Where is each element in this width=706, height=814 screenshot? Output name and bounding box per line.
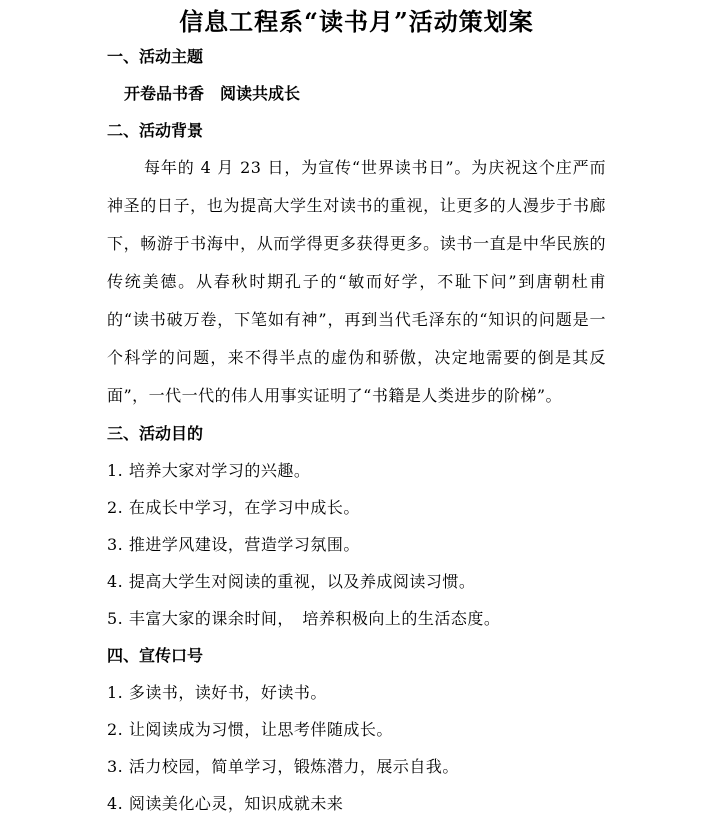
slogan-item-4: 4. 阅读美化心灵，知识成就未来 [107,785,606,814]
section-heading-publicity-slogan: 四、宣传口号 [107,637,606,674]
purpose-item-1: 1. 培养大家对学习的兴趣。 [107,452,606,489]
document-page: 信息工程系“读书月”活动策划案 一、活动主题 开卷品书香 阅读共成长 二、活动背… [0,0,706,814]
slogan-item-3: 3. 活力校园，简单学习，锻炼潜力，展示自我。 [107,748,606,785]
document-title: 信息工程系“读书月”活动策划案 [107,6,606,38]
purpose-item-4: 4. 提高大学生对阅读的重视，以及养成阅读习惯。 [107,563,606,600]
activity-theme-text: 开卷品书香 阅读共成长 [107,75,606,112]
activity-background-paragraph: 每年的 4 月 23 日，为宣传“世界读书日”。为庆祝这个庄严而神圣的日子，也为… [107,149,606,415]
purpose-item-3: 3. 推进学风建设，营造学习氛围。 [107,526,606,563]
section-heading-activity-theme: 一、活动主题 [107,38,606,75]
slogan-item-2: 2. 让阅读成为习惯，让思考伴随成长。 [107,711,606,748]
slogan-item-1: 1. 多读书，读好书，好读书。 [107,674,606,711]
purpose-item-5: 5. 丰富大家的课余时间， 培养积极向上的生活态度。 [107,600,606,637]
purpose-item-2: 2. 在成长中学习，在学习中成长。 [107,489,606,526]
section-heading-activity-background: 二、活动背景 [107,112,606,149]
section-heading-activity-purpose: 三、活动目的 [107,415,606,452]
